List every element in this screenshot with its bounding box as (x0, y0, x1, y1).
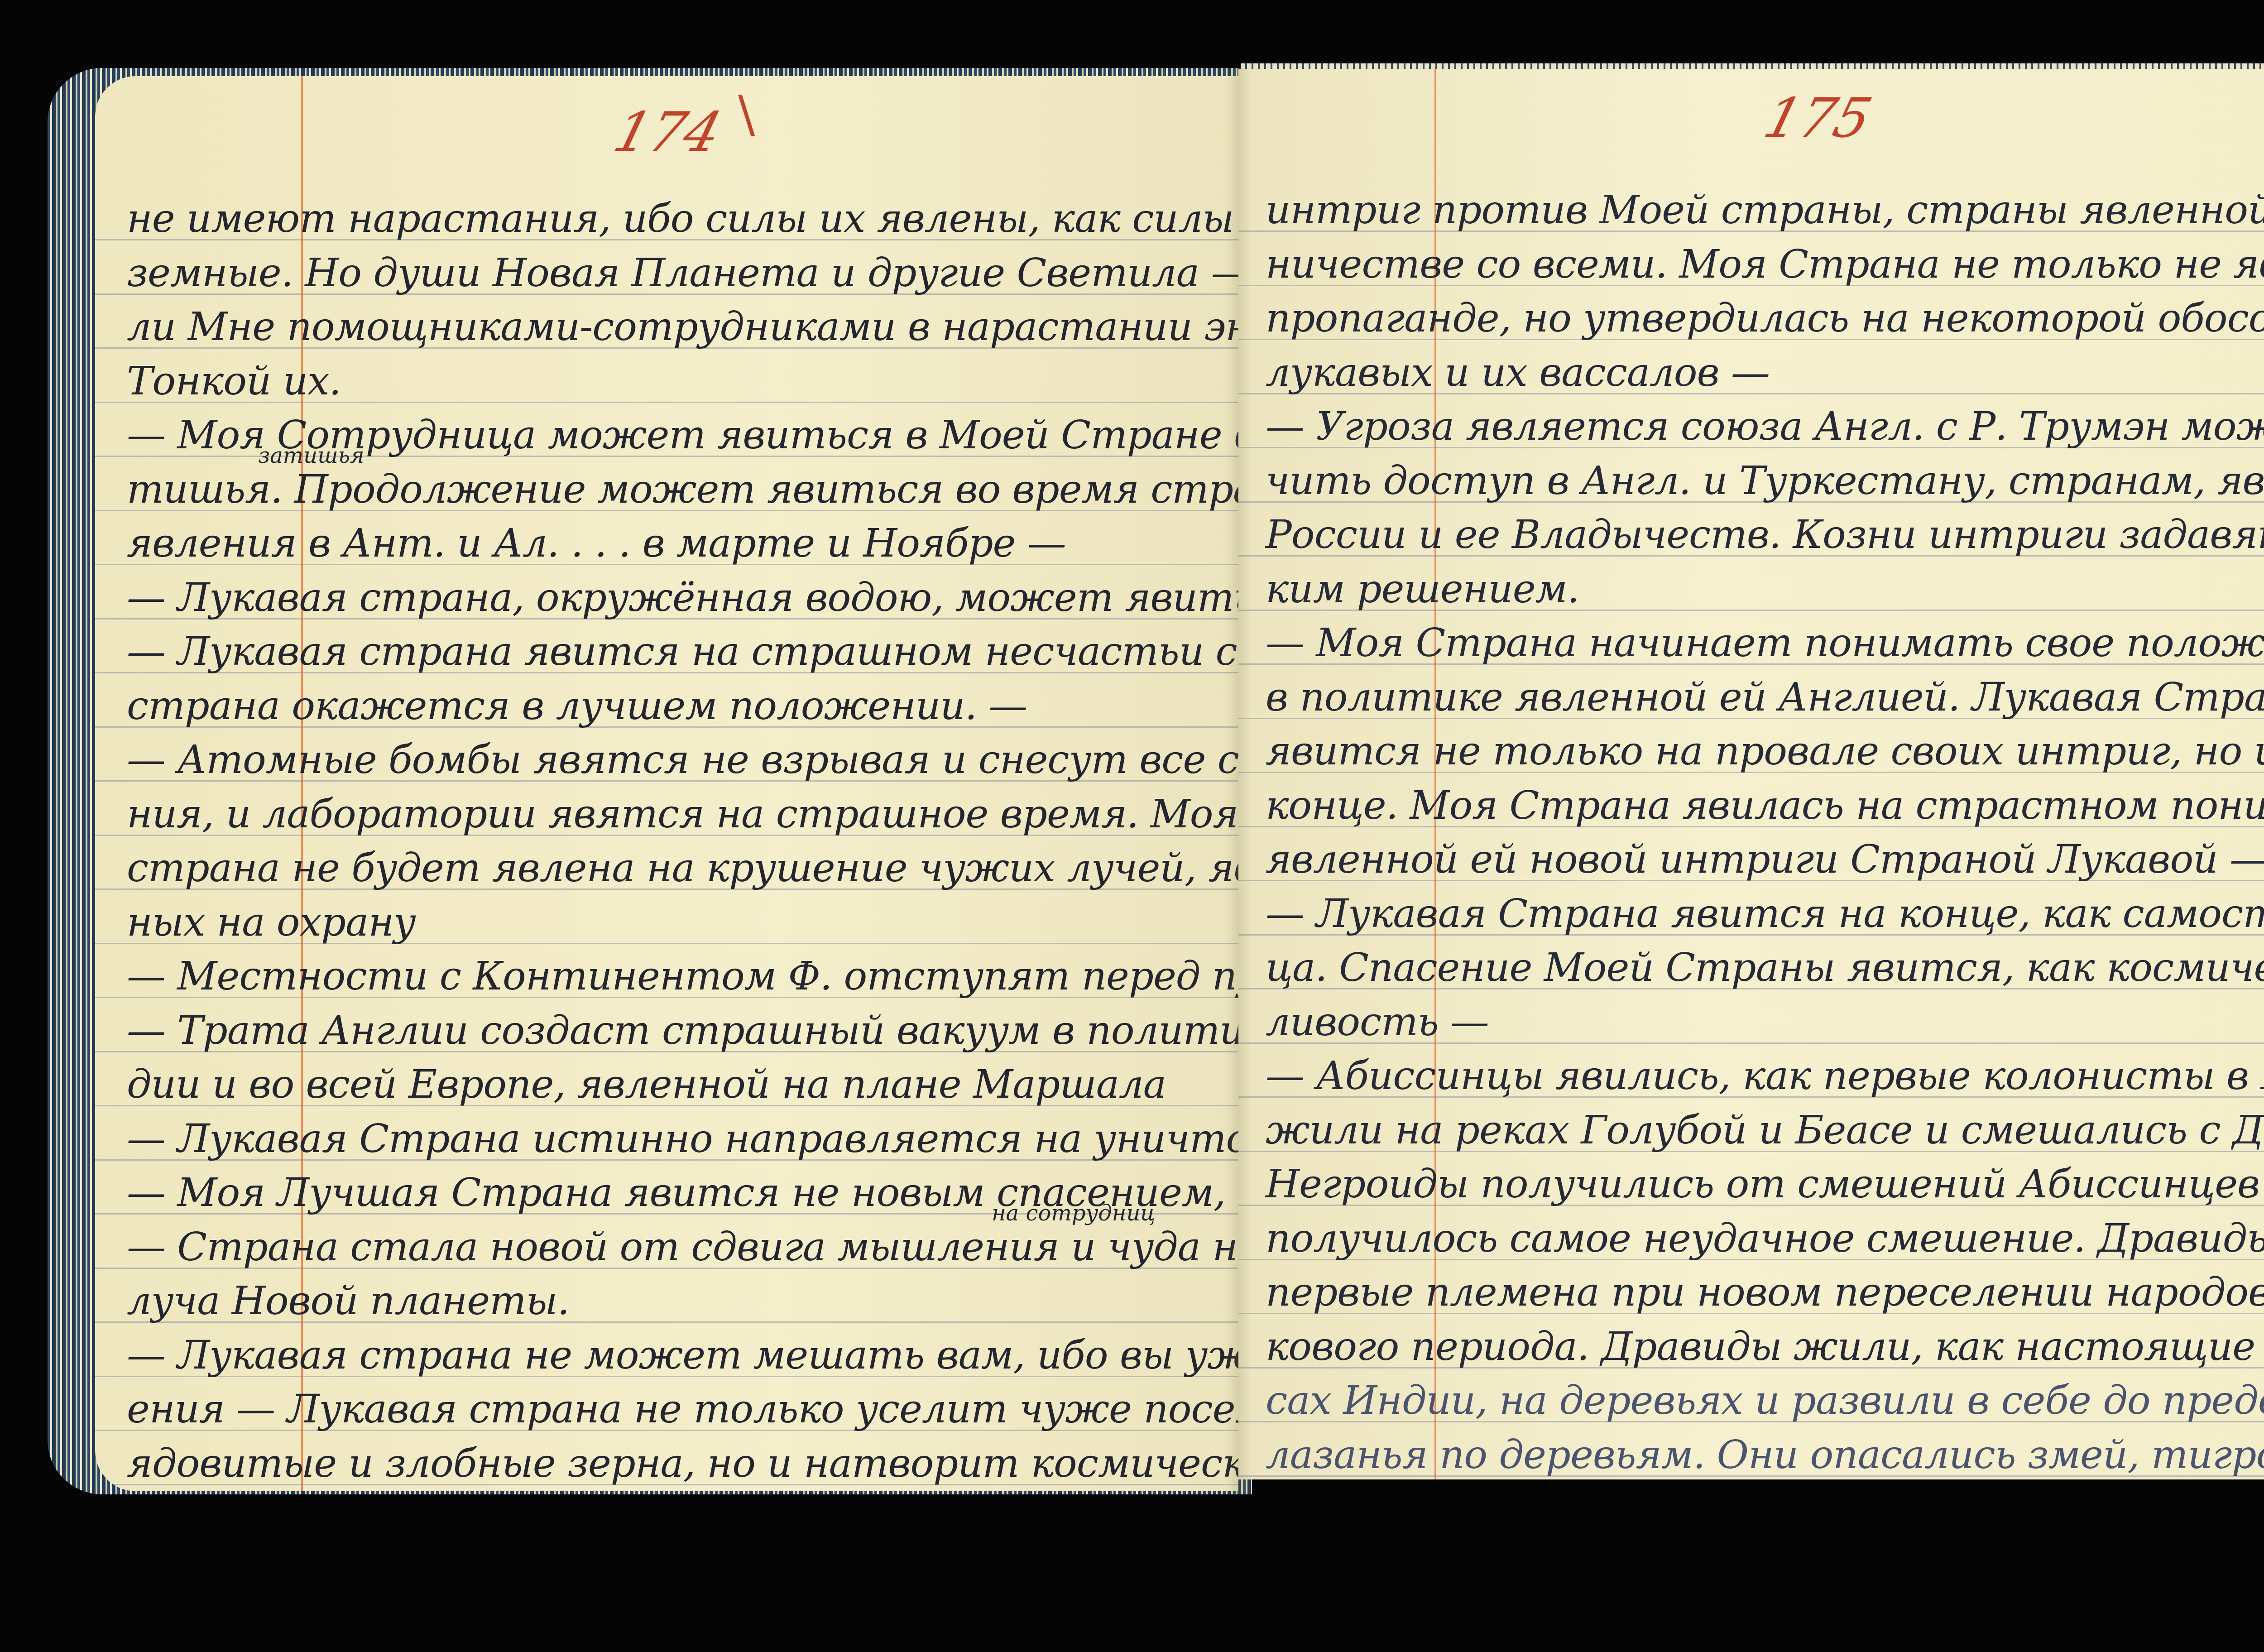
handwritten-line: чить доступ в Англ. и Туркестану, страна… (1266, 458, 2264, 504)
handwritten-line: ца. Спасение Моей Страны явится, как кос… (1266, 945, 2264, 990)
handwritten-line: — Лукавая Страна явится на конце, как са… (1266, 891, 2264, 936)
handwritten-line: получилось самое неудачное смешение. Дра… (1266, 1216, 2264, 1261)
interlinear-insertion: на сотрудниц (992, 1201, 1156, 1226)
notebook-spine (1225, 68, 1252, 1494)
handwritten-line: тишья. Продолжение может явиться во врем… (127, 467, 1238, 512)
handwritten-line: жили на реках Голубой и Беасе и смешалис… (1266, 1108, 2264, 1153)
handwritten-line: луча Новой планеты. (127, 1278, 569, 1324)
interlinear-insertion: затишья (258, 443, 365, 468)
handwritten-line: явится не только на провале своих интриг… (1266, 729, 2264, 774)
handwritten-line: ения — Лукавая страна не только уселит ч… (127, 1387, 1238, 1432)
handwritten-line: ядовитые и злобные зерна, но и натворит … (127, 1441, 1238, 1486)
handwritten-line: дии и во всей Европе, явленной на плане … (127, 1062, 1166, 1107)
handwritten-line: — Угроза является союза Англ. с Р. Трумэ… (1266, 404, 2264, 449)
notebook-page-right: 175 92 интриг против Моей страны, страны… (1238, 69, 2264, 1479)
handwritten-line: — Лукавая Страна истинно направляется на… (127, 1116, 1238, 1162)
page-number: 174 (607, 101, 728, 164)
handwritten-line: земные. Но души Новая Планета и другие С… (127, 250, 1238, 296)
handwritten-line: ли Мне помощниками-сотрудниками в нараст… (127, 304, 1238, 350)
handwritten-line: Тонкой их. (127, 359, 341, 404)
handwritten-line: ливость — (1266, 999, 1489, 1045)
handwritten-line: — Трата Англии создаст страшный вакуум в… (127, 1008, 1238, 1053)
handwritten-line: конце. Моя Страна явилась на страстном п… (1266, 783, 2264, 828)
handwritten-line: — Абиссинцы явились, как первые колонист… (1266, 1053, 2264, 1099)
handwritten-line: — Атомные бомбы явятся не взрывая и снес… (127, 737, 1238, 783)
handwritten-line: в политике явленной ей Англией. Лукавая … (1266, 675, 2264, 720)
handwritten-line: — Лукавая страна явится на страшном несч… (127, 629, 1238, 674)
handwritten-line: пропаганде, но утвердилась на некоторой … (1266, 296, 2264, 341)
handwritten-line: не имеют нарастания, ибо силы их явлены,… (127, 196, 1234, 241)
handwritten-line: интриг против Моей страны, страны явленн… (1266, 187, 2264, 233)
handwritten-line: ных на охрану (127, 900, 416, 945)
handwritten-line: первые племена при новом переселении нар… (1266, 1270, 2264, 1315)
handwritten-line: явления в Ант. и Ал. . . . в марте и Ноя… (127, 521, 1066, 566)
handwritten-line: страна не будет явлена на крушение чужих… (127, 845, 1238, 891)
handwritten-line: явленной ей новой интриги Страной Лукаво… (1266, 837, 2264, 882)
corner-mark: \ (738, 85, 755, 143)
handwritten-line: лукавых и их вассалов — (1266, 350, 1770, 395)
handwritten-line: страна окажется в лучшем положении. — (127, 683, 1027, 729)
notebook-page-left: 174 \ не имеют нарастания, ибо силы их я… (95, 76, 1238, 1491)
handwritten-line: лазанья по деревьям. Они опасались змей,… (1266, 1432, 2264, 1478)
handwritten-line: — Лукавая страна не может мешать вам, иб… (127, 1333, 1238, 1378)
handwritten-line: — Моя Страна начинает понимать свое поло… (1266, 620, 2264, 666)
handwritten-line: России и ее Владычеств. Козни интриги за… (1266, 512, 2264, 557)
handwritten-line: ния, и лаборатории явятся на страшное вр… (127, 792, 1238, 837)
page-number: 175 (1757, 87, 1878, 150)
handwritten-line: ничестве со всеми. Моя Страна не только … (1266, 242, 2264, 287)
handwritten-line: — Страна стала новой от сдвига мышления … (127, 1225, 1238, 1270)
handwritten-line: ким решением. (1266, 567, 1579, 612)
handwritten-line: Негроиды получились от смешений Абиссинц… (1266, 1162, 2264, 1207)
handwritten-line: — Местности с Континентом Ф. отступят пе… (127, 954, 1238, 999)
handwritten-line: кового периода. Дравиды жили, как настоя… (1266, 1324, 2264, 1369)
handwritten-line: сах Индии, на деревьях и развили в себе … (1266, 1378, 2264, 1423)
handwritten-line: — Лукавая страна, окружённая водою, може… (127, 575, 1238, 620)
